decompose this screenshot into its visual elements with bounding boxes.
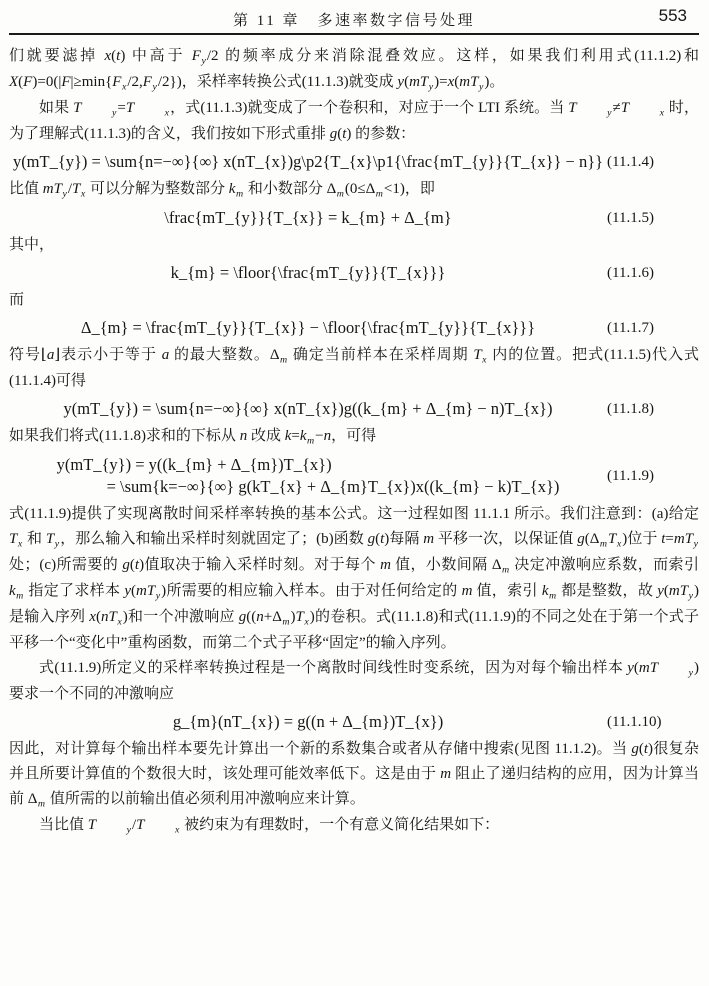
equation-math: y(mT_{y}) = \sum{n=−∞}{∞} x(nT_{x})g((k_… [9, 399, 607, 419]
equation-11-1-10: g_{m}(nT_{x}) = g((n + Δ_{m})T_{x}) (11.… [9, 712, 699, 732]
equation-label: (11.1.4) [607, 154, 699, 171]
body-paragraph: 如果 Ty=Tx，式(11.1.3)就变成了一个卷积和，对应于一个 LTI 系统… [9, 96, 699, 147]
body-paragraph: 如果我们将式(11.1.8)求和的下标从 n 改成 k=km−n，可得 [9, 424, 699, 450]
equation-11-1-7: Δ_{m} = \frac{mT_{y}}{T_{x}} − \floor{\f… [9, 318, 699, 338]
page-header: 第 11 章 多速率数字信号处理 553 [9, 6, 699, 30]
body-paragraph-continuation: 们就要滤掉 x(t) 中高于 Fy/2 的频率成分来消除混叠效应。这样，如果我们… [9, 44, 699, 96]
equation-label: (11.1.8) [607, 401, 699, 418]
equation-line-2: = \sum{k=−∞}{∞} g(kT_{x} + Δ_{m}T_{x})x(… [57, 477, 560, 497]
equation-math: y(mT_{y}) = \sum{n=−∞}{∞} x(nT_{x})g\p2{… [9, 152, 607, 172]
body-paragraph: 而 [9, 288, 699, 313]
equation-math: g_{m}(nT_{x}) = g((n + Δ_{m})T_{x}) [9, 712, 607, 732]
equation-label: (11.1.10) [607, 714, 699, 731]
equation-11-1-8: y(mT_{y}) = \sum{n=−∞}{∞} x(nT_{x})g((k_… [9, 399, 699, 419]
equation-11-1-9: y(mT_{y}) = y((k_{m} + Δ_{m})T_{x}) = \s… [9, 455, 699, 497]
body-paragraph: 比值 mTy/Tx 可以分解为整数部分 km 和小数部分 Δm(0≤Δm<1)，… [9, 177, 699, 203]
equation-label: (11.1.6) [607, 265, 699, 282]
equation-line-1: y(mT_{y}) = y((k_{m} + Δ_{m})T_{x}) [57, 455, 560, 475]
body-paragraph: 符号⌊a⌋表示小于等于 a 的最大整数。Δm 确定当前样本在采样周期 Tx 内的… [9, 343, 699, 394]
equation-math: Δ_{m} = \frac{mT_{y}}{T_{x}} − \floor{\f… [9, 318, 607, 338]
body-paragraph: 因此，对计算每个输出样本要先计算出一个新的系数集合或者从存储中搜索(见图 11.… [9, 737, 699, 813]
equation-math: k_{m} = \floor{\frac{mT_{y}}{T_{x}}} [9, 263, 607, 283]
body-paragraph: 其中， [9, 233, 699, 258]
equation-label: (11.1.5) [607, 210, 699, 227]
equation-math: y(mT_{y}) = y((k_{m} + Δ_{m})T_{x}) = \s… [9, 455, 607, 497]
equation-math: \frac{mT_{y}}{T_{x}} = k_{m} + Δ_{m} [9, 208, 607, 228]
chapter-title: 第 11 章 多速率数字信号处理 [233, 9, 475, 30]
header-divider [9, 33, 699, 35]
equation-lines: y(mT_{y}) = y((k_{m} + Δ_{m})T_{x}) = \s… [57, 455, 560, 497]
equation-11-1-6: k_{m} = \floor{\frac{mT_{y}}{T_{x}}} (11… [9, 263, 699, 283]
page-number: 553 [659, 6, 687, 26]
body-paragraph: 式(11.1.9)所定义的采样率转换过程是一个离散时间线性时变系统，因为对每个输… [9, 656, 699, 707]
equation-11-1-5: \frac{mT_{y}}{T_{x}} = k_{m} + Δ_{m} (11… [9, 208, 699, 228]
body-paragraph: 式(11.1.9)提供了实现离散时间采样率转换的基本公式。这一过程如图 11.1… [9, 502, 699, 656]
equation-label: (11.1.7) [607, 320, 699, 337]
textbook-page: 第 11 章 多速率数字信号处理 553 们就要滤掉 x(t) 中高于 Fy/2… [0, 0, 709, 986]
equation-11-1-4: y(mT_{y}) = \sum{n=−∞}{∞} x(nT_{x})g\p2{… [9, 152, 699, 172]
equation-label: (11.1.9) [607, 468, 699, 485]
body-paragraph: 当比值 Ty/Tx 被约束为有理数时，一个有意义简化结果如下： [9, 813, 699, 839]
